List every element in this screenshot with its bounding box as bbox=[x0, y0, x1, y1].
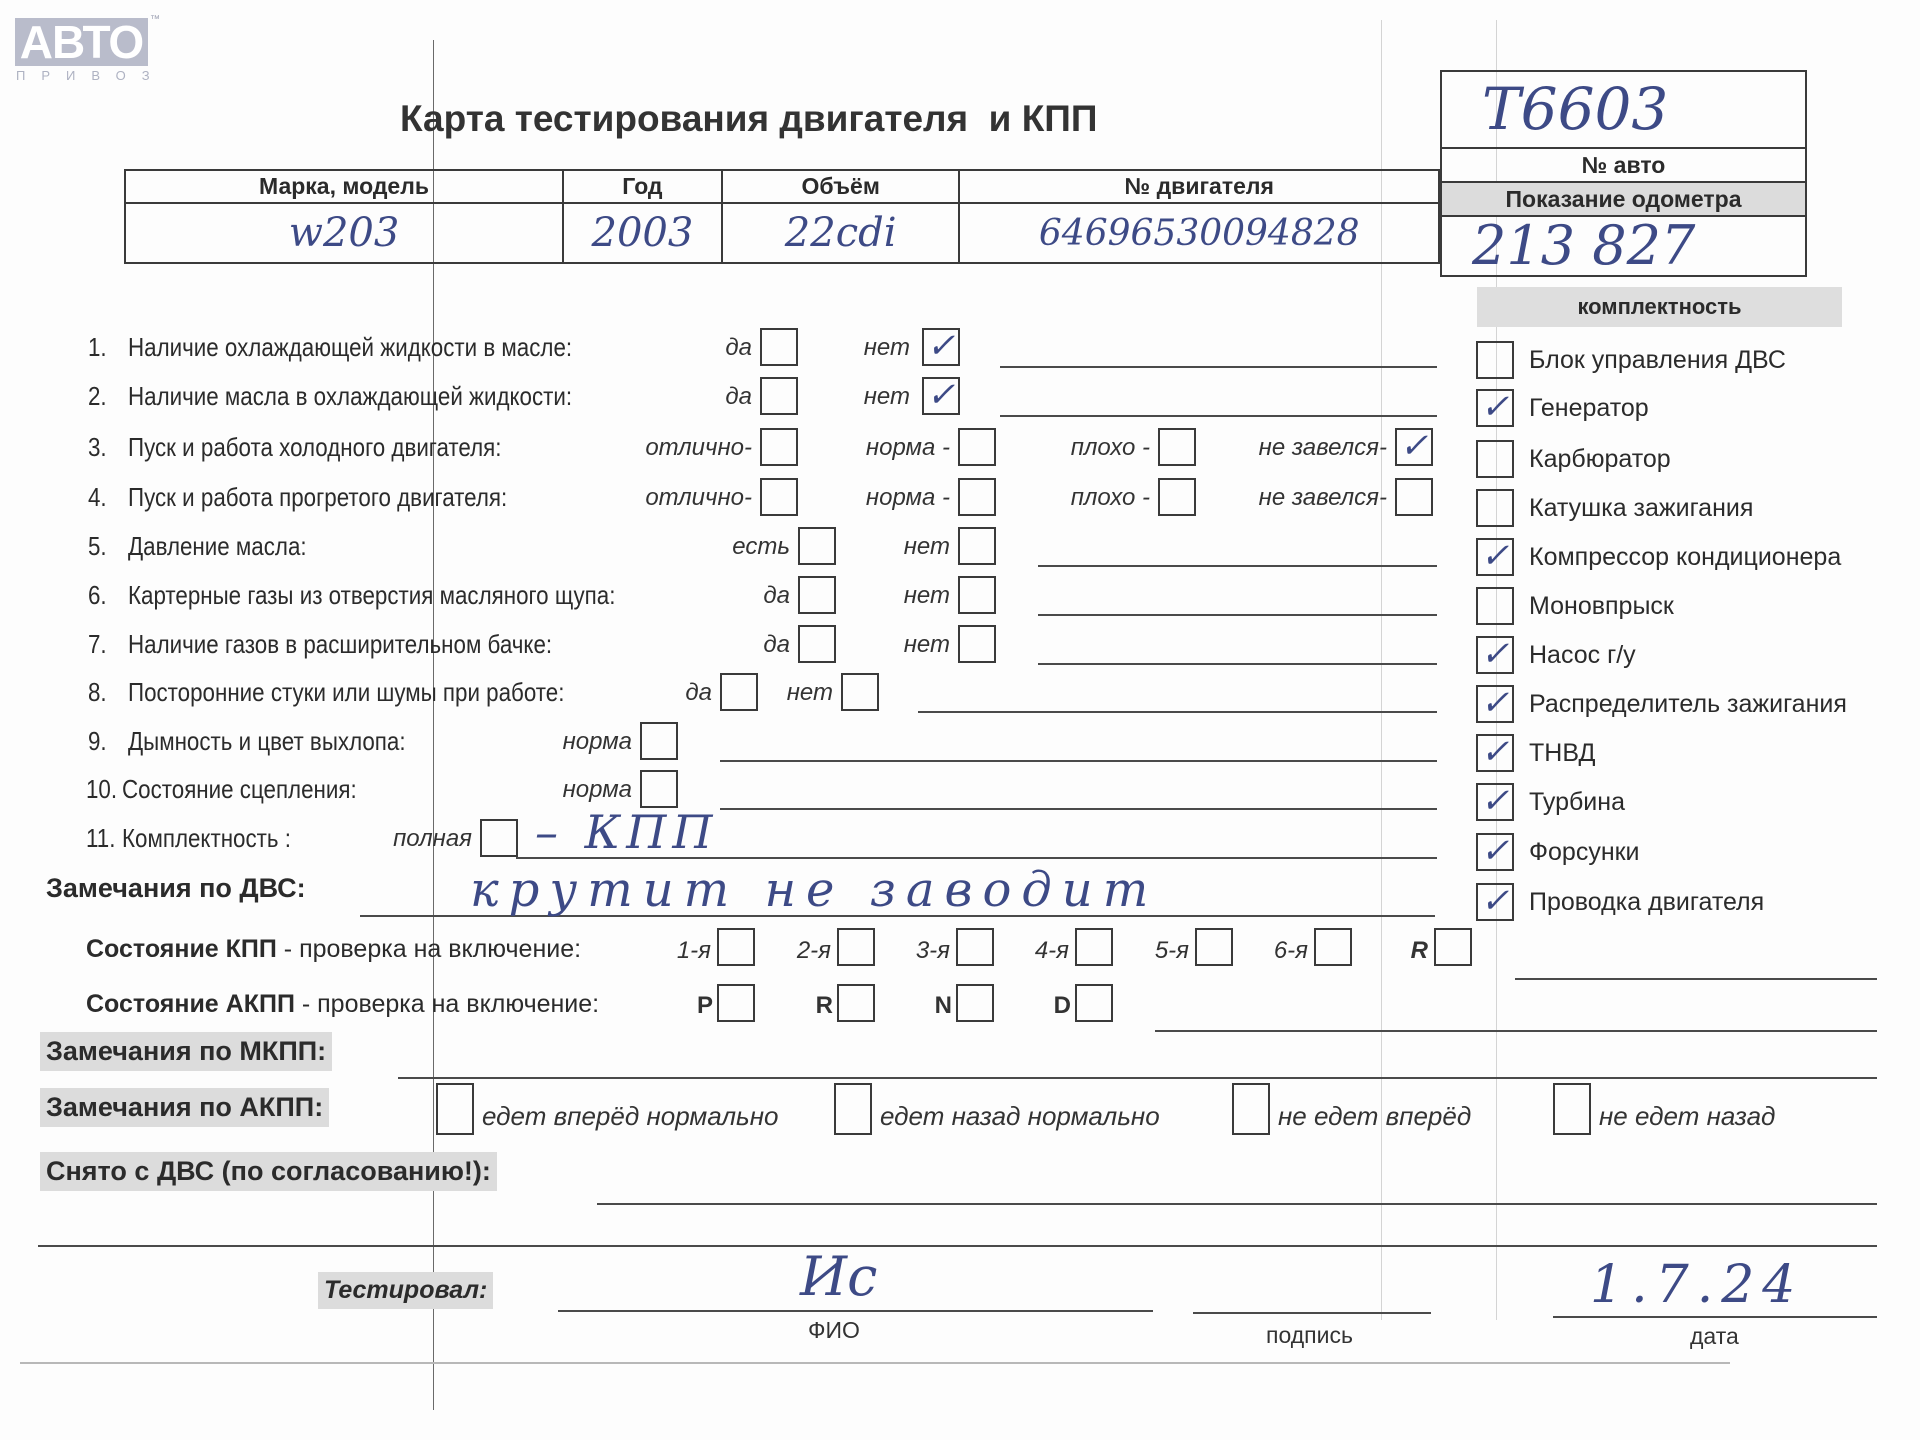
comment-line[interactable] bbox=[1038, 614, 1437, 616]
option-label: да bbox=[763, 631, 790, 659]
check-label: Комплектность : bbox=[122, 823, 291, 854]
col-header-model: Марка, модель bbox=[125, 170, 563, 203]
option-label: норма bbox=[563, 728, 632, 756]
option-checkbox[interactable] bbox=[1395, 478, 1433, 516]
completeness-checkbox[interactable]: ✓ bbox=[1476, 685, 1514, 723]
check-number: 6. bbox=[88, 580, 107, 611]
name-value[interactable]: Ис bbox=[800, 1245, 877, 1308]
check-label: Картерные газы из отверстия масляного щу… bbox=[128, 580, 615, 611]
completeness-item-label: Насос г/у bbox=[1529, 641, 1636, 670]
check-number: 7. bbox=[88, 629, 107, 660]
check-mark-icon: ✓ bbox=[1476, 686, 1514, 720]
check-number: 4. bbox=[88, 482, 107, 513]
option-label: да bbox=[725, 334, 752, 362]
option-label: да bbox=[685, 679, 712, 707]
option-checkbox[interactable] bbox=[841, 673, 879, 711]
check-number: 11. bbox=[86, 823, 115, 854]
option-label: норма - bbox=[866, 434, 950, 462]
completeness-item-label: Моновпрыск bbox=[1529, 592, 1674, 621]
remarks-manual-line[interactable] bbox=[398, 1077, 1877, 1079]
gear-label: P bbox=[697, 992, 713, 1020]
option-label: нет bbox=[904, 533, 950, 561]
odometer-label: Показание одометра bbox=[1442, 183, 1805, 217]
gearbox-manual-line bbox=[1515, 978, 1877, 980]
option-label: полная bbox=[393, 825, 472, 853]
completeness-item-label: Катушка зажигания bbox=[1529, 494, 1753, 523]
option-label: нет bbox=[787, 679, 833, 707]
auto-remark-label: едет вперёд нормально bbox=[482, 1101, 778, 1132]
check-mark-icon: ✓ bbox=[1476, 834, 1514, 868]
option-checkbox[interactable] bbox=[760, 428, 798, 466]
remarks-manual-label: Замечания по МКПП: bbox=[40, 1032, 332, 1071]
option-label: не завелся- bbox=[1259, 484, 1387, 512]
gear-label: 1-я bbox=[677, 937, 711, 965]
comment-line[interactable] bbox=[720, 808, 1437, 810]
check-label: Наличие масла в охлаждающей жидкости: bbox=[128, 381, 572, 412]
check-number: 10. bbox=[86, 774, 117, 805]
gear-checkbox[interactable] bbox=[837, 984, 875, 1022]
check-mark-icon: ✓ bbox=[922, 378, 960, 412]
comment-line[interactable] bbox=[720, 760, 1437, 762]
option-label: норма - bbox=[866, 484, 950, 512]
comment-line[interactable] bbox=[918, 711, 1437, 713]
option-checkbox[interactable] bbox=[640, 722, 678, 760]
gear-checkbox[interactable] bbox=[1434, 928, 1472, 966]
completeness-item-label: Форсунки bbox=[1529, 838, 1640, 867]
gearbox-auto-title: Состояние АКПП bbox=[86, 990, 295, 1018]
gear-checkbox[interactable] bbox=[1075, 984, 1113, 1022]
option-checkbox[interactable] bbox=[798, 576, 836, 614]
option-label: да bbox=[725, 383, 752, 411]
divider-line bbox=[38, 1245, 1877, 1247]
option-checkbox[interactable] bbox=[1158, 428, 1196, 466]
option-label: нет bbox=[864, 383, 910, 411]
gear-checkbox[interactable] bbox=[837, 928, 875, 966]
check-number: 2. bbox=[88, 381, 107, 412]
check-mark-icon: ✓ bbox=[1476, 735, 1514, 769]
check-number: 3. bbox=[88, 432, 107, 463]
option-label: отлично- bbox=[645, 484, 752, 512]
comment-line[interactable] bbox=[1038, 565, 1437, 567]
gear-label: R bbox=[1411, 937, 1428, 965]
completeness-checkbox[interactable] bbox=[1476, 341, 1514, 379]
removed-line[interactable] bbox=[597, 1203, 1877, 1205]
logo: АВТО bbox=[15, 18, 148, 66]
gearbox-auto-line bbox=[1155, 1030, 1877, 1032]
gear-label: 3-я bbox=[916, 937, 950, 965]
check-mark-icon: ✓ bbox=[1476, 390, 1514, 424]
option-checkbox[interactable]: ✓ bbox=[922, 328, 960, 366]
vehicle-id-box: T6603 № авто Показание одометра 213 827 bbox=[1440, 70, 1807, 277]
check-mark-icon: ✓ bbox=[1476, 884, 1514, 918]
logo-subtitle: ПРИВОЗ bbox=[16, 68, 166, 83]
option-checkbox[interactable] bbox=[958, 625, 996, 663]
gear-label: 4-я bbox=[1035, 937, 1069, 965]
check-mark-icon: ✓ bbox=[1476, 539, 1514, 573]
check-number: 8. bbox=[88, 677, 107, 708]
gear-checkbox[interactable] bbox=[1075, 928, 1113, 966]
check-mark-icon: ✓ bbox=[1476, 637, 1514, 671]
auto-remark-label: едет назад нормально bbox=[880, 1101, 1160, 1132]
option-label: норма bbox=[563, 776, 632, 804]
page-title: Карта тестирования двигателя и КПП bbox=[400, 98, 1097, 140]
check-label: Наличие охлаждающей жидкости в масле: bbox=[128, 332, 572, 363]
model-value[interactable]: w203 bbox=[125, 203, 563, 263]
gear-label: 6-я bbox=[1274, 937, 1308, 965]
option-label: не завелся- bbox=[1259, 434, 1387, 462]
option-label: плохо - bbox=[1071, 484, 1150, 512]
option-label: нет bbox=[904, 582, 950, 610]
completeness-item-label: ТНВД bbox=[1529, 739, 1595, 768]
gearbox-auto-label: Состояние АКПП - проверка на включение: bbox=[86, 990, 599, 1019]
name-line bbox=[558, 1310, 1153, 1312]
auto-number-value[interactable]: T6603 bbox=[1442, 72, 1805, 149]
check-mark-icon: ✓ bbox=[1395, 429, 1433, 463]
gear-label: R bbox=[816, 992, 833, 1020]
gearbox-manual-label: Состояние КПП - проверка на включение: bbox=[86, 935, 581, 964]
auto-remark-label: не едет вперёд bbox=[1278, 1101, 1471, 1132]
gear-label: N bbox=[935, 992, 952, 1020]
option-label: нет bbox=[864, 334, 910, 362]
option-checkbox[interactable] bbox=[760, 328, 798, 366]
remarks-engine-label: Замечания по ДВС: bbox=[46, 873, 306, 904]
auto-remark-checkbox[interactable] bbox=[834, 1083, 872, 1135]
check-label: Пуск и работа холодного двигателя: bbox=[128, 432, 501, 463]
odometer-value[interactable]: 213 827 bbox=[1442, 217, 1805, 275]
date-value[interactable]: 1.7.24 bbox=[1590, 1255, 1803, 1315]
completeness-note[interactable]: – КПП bbox=[535, 805, 718, 859]
year-value[interactable]: 2003 bbox=[563, 203, 722, 263]
check-number: 5. bbox=[88, 531, 107, 562]
auto-remark-checkbox[interactable] bbox=[1232, 1083, 1270, 1135]
completeness-checkbox[interactable]: ✓ bbox=[1476, 883, 1514, 921]
check-label: Наличие газов в расширительном бачке: bbox=[128, 629, 552, 660]
remarks-engine-value[interactable]: крутит не заводит bbox=[470, 862, 1158, 918]
completeness-checkbox[interactable] bbox=[1476, 587, 1514, 625]
option-label: отлично- bbox=[645, 434, 752, 462]
option-label: нет bbox=[904, 631, 950, 659]
completeness-checkbox[interactable]: ✓ bbox=[1476, 734, 1514, 772]
check-label: Посторонние стуки или шумы при работе: bbox=[128, 677, 564, 708]
removed-label: Снято с ДВС (по согласованию!): bbox=[40, 1152, 497, 1191]
gear-checkbox[interactable] bbox=[717, 928, 755, 966]
check-label: Давление масла: bbox=[128, 531, 307, 562]
signature-line[interactable] bbox=[1193, 1312, 1431, 1314]
comment-line[interactable] bbox=[1000, 415, 1437, 417]
gear-checkbox[interactable] bbox=[1195, 928, 1233, 966]
auto-remark-label: не едет назад bbox=[1599, 1101, 1775, 1132]
option-checkbox[interactable] bbox=[958, 478, 996, 516]
auto-remark-checkbox[interactable] bbox=[436, 1083, 474, 1135]
completeness-checkbox[interactable]: ✓ bbox=[1476, 783, 1514, 821]
completeness-checkbox[interactable] bbox=[1476, 440, 1514, 478]
vehicle-info-table: Марка, модель Год Объём № двигателя w203… bbox=[124, 169, 1440, 264]
check-number: 1. bbox=[88, 332, 107, 363]
option-checkbox[interactable] bbox=[958, 576, 996, 614]
torn-edge bbox=[20, 1362, 1730, 1368]
gear-label: 5-я bbox=[1155, 937, 1189, 965]
option-checkbox[interactable] bbox=[760, 377, 798, 415]
auto-number-label: № авто bbox=[1442, 149, 1805, 183]
option-checkbox[interactable] bbox=[760, 478, 798, 516]
completeness-checkbox[interactable] bbox=[1476, 489, 1514, 527]
col-header-engine-number: № двигателя bbox=[959, 170, 1439, 203]
completeness-checkbox[interactable]: ✓ bbox=[1476, 538, 1514, 576]
option-checkbox[interactable]: ✓ bbox=[922, 377, 960, 415]
completeness-item-label: Карбюратор bbox=[1529, 445, 1671, 474]
date-line bbox=[1553, 1316, 1877, 1318]
completeness-item-label: Блок управления ДВС bbox=[1529, 346, 1786, 375]
option-checkbox[interactable] bbox=[958, 428, 996, 466]
signature-caption: подпись bbox=[1266, 1322, 1353, 1349]
logo-trademark: ™ bbox=[150, 14, 160, 25]
check-mark-icon: ✓ bbox=[922, 329, 960, 363]
option-checkbox[interactable] bbox=[720, 673, 758, 711]
gearbox-auto-caption: - проверка на включение: bbox=[295, 990, 599, 1018]
check-number: 9. bbox=[88, 726, 107, 757]
option-checkbox[interactable]: ✓ bbox=[1395, 428, 1433, 466]
tested-by-label: Тестировал: bbox=[318, 1272, 493, 1309]
gearbox-manual-caption: - проверка на включение: bbox=[277, 935, 581, 963]
volume-value[interactable]: 22cdi bbox=[722, 203, 960, 263]
col-header-volume: Объём bbox=[722, 170, 960, 203]
completeness-item-label: Проводка двигателя bbox=[1529, 888, 1764, 917]
completeness-checkbox[interactable]: ✓ bbox=[1476, 833, 1514, 871]
option-label: да bbox=[763, 582, 790, 610]
completeness-checkbox[interactable]: ✓ bbox=[1476, 389, 1514, 427]
completeness-item-label: Турбина bbox=[1529, 788, 1625, 817]
date-caption: дата bbox=[1690, 1323, 1739, 1350]
completeness-item-label: Компрессор кондиционера bbox=[1529, 543, 1841, 572]
option-checkbox[interactable] bbox=[480, 819, 518, 857]
gear-checkbox[interactable] bbox=[1314, 928, 1352, 966]
gearbox-manual-title: Состояние КПП bbox=[86, 935, 277, 963]
check-label: Дымность и цвет выхлопа: bbox=[128, 726, 406, 757]
option-label: плохо - bbox=[1071, 434, 1150, 462]
auto-remark-checkbox[interactable] bbox=[1553, 1083, 1591, 1135]
gear-label: D bbox=[1054, 992, 1071, 1020]
name-caption: ФИО bbox=[808, 1317, 860, 1344]
comment-line[interactable] bbox=[1038, 663, 1437, 665]
option-checkbox[interactable] bbox=[1158, 478, 1196, 516]
option-checkbox[interactable] bbox=[798, 625, 836, 663]
gear-label: 2-я bbox=[797, 937, 831, 965]
completeness-title: комплектность bbox=[1477, 287, 1842, 327]
gear-checkbox[interactable] bbox=[956, 984, 994, 1022]
engine-number-value[interactable]: 64696530094828 bbox=[959, 203, 1439, 263]
option-checkbox[interactable] bbox=[798, 527, 836, 565]
remarks-auto-label: Замечания по АКПП: bbox=[40, 1088, 329, 1127]
option-checkbox[interactable] bbox=[640, 770, 678, 808]
option-label: есть bbox=[732, 533, 790, 561]
completeness-checkbox[interactable]: ✓ bbox=[1476, 636, 1514, 674]
completeness-item-label: Генератор bbox=[1529, 394, 1649, 423]
col-header-year: Год bbox=[563, 170, 722, 203]
comment-line[interactable] bbox=[1000, 366, 1437, 368]
check-label: Пуск и работа прогретого двигателя: bbox=[128, 482, 507, 513]
check-mark-icon: ✓ bbox=[1476, 784, 1514, 818]
check-label: Состояние сцепления: bbox=[122, 774, 357, 805]
gear-checkbox[interactable] bbox=[956, 928, 994, 966]
completeness-item-label: Распределитель зажигания bbox=[1529, 690, 1847, 719]
gear-checkbox[interactable] bbox=[717, 984, 755, 1022]
option-checkbox[interactable] bbox=[958, 527, 996, 565]
